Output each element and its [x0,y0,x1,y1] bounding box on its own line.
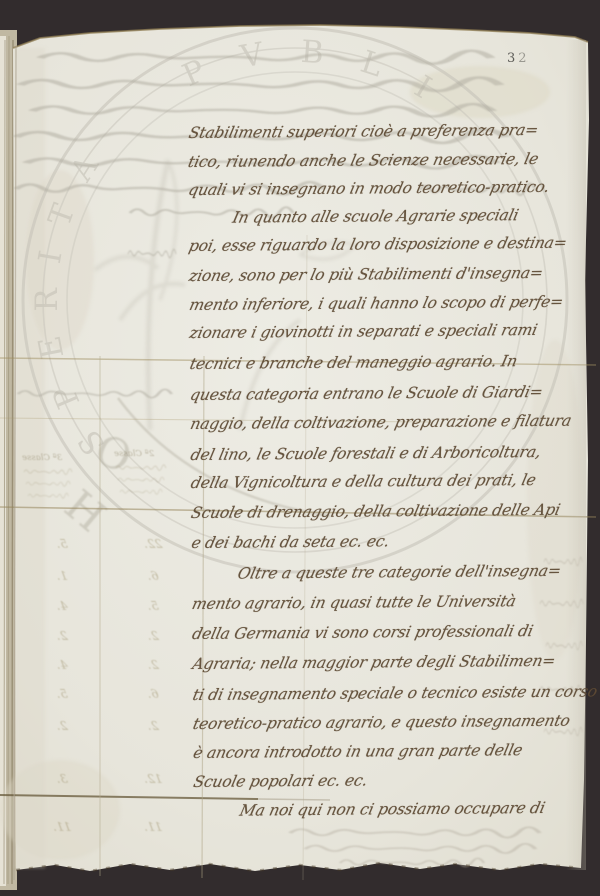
bleedthrough-number: 2. [138,719,168,733]
handwriting-line: Ma noi qui non ci possiamo occupare di [238,799,547,820]
handwriting-line: mento agrario, in quasi tutte le Univers… [190,592,518,613]
bleedthrough-number: 5. [138,599,168,613]
bleedthrough-number: 2. [47,629,77,643]
handwriting-line: è ancora introdotto in una gran parte de… [192,741,525,762]
bleedthrough-number: 4. [47,658,77,672]
bleedthrough-number: 11. [138,820,168,834]
bleedthrough-number: 6. [138,687,168,701]
handwriting-line: tico, riunendo anche le Scienze necessar… [186,150,540,171]
handwriting-line: Agraria; nella maggior parte degli Stabi… [191,652,557,673]
bleedthrough-number: 12. [138,772,168,786]
bleedthrough-number: 11. [47,820,77,834]
handwriting-line: Scuole popolari ec. ec. [192,771,370,791]
bleedthrough-number: 2. [138,658,168,672]
bleedthrough-number: 22. [138,537,168,551]
bleedthrough-number: 5. [47,687,77,701]
handwriting-line: questa categoria entrano le Scuole di Gi… [188,383,544,404]
bleedthrough-number: 2. [138,629,168,643]
bleedthrough-number: 1. [47,569,77,583]
handwriting-line: Scuole di drenaggio, della coltivazione … [189,501,561,522]
handwriting-line: Oltre a queste tre categorie dell'insegn… [236,562,563,583]
handwriting-line: della Vignicoltura e della cultura dei p… [189,471,537,492]
handwriting-line: poi, esse riguardo la loro disposizione … [187,234,568,255]
handwriting-line: ti di insegnamento speciale o tecnico es… [191,682,599,704]
handwriting-line: zione, sono per lo più Stabilimenti d'in… [187,264,544,285]
handwriting-line: tecnici e branche del maneggio agrario. … [188,352,519,373]
handwriting-line: naggio, della coltivazione, preparazione… [189,412,574,433]
bleedthrough-header: 2ª Classe [114,449,154,459]
bleedthrough-header: 3ª Classe [22,453,62,463]
handwriting-line: Stabilimenti superiori cioè a preferenza… [187,121,540,142]
handwritten-text-block: Stabilimenti superiori cioè a preferenza… [0,0,600,896]
handwriting-line: quali vi si insegnano in modo teoretico-… [187,178,552,199]
bleedthrough-number: 4. [47,599,77,613]
handwriting-line: mento inferiore, i quali hanno lo scopo … [188,293,565,314]
handwriting-line: del lino, le Scuole forestali e di Arbor… [189,443,543,464]
bleedthrough-number: 2. [47,719,77,733]
handwriting-line: teoretico-pratico agrario, e questo inse… [191,712,571,733]
handwriting-line: In quanto alle scuole Agrarie speciali [231,206,520,227]
handwriting-line: della Germania vi sono corsi professiona… [190,622,534,643]
scanned-manuscript-page: P V B L I A T I R E P S [0,0,600,896]
handwriting-line: e dei bachi da seta ec. ec. [190,532,391,552]
bleedthrough-number: 5. [47,537,77,551]
bleedthrough-number: 6. [138,569,168,583]
bleedthrough-number: 3. [47,772,77,786]
handwriting-line: zionare i giovinotti in separati e speci… [188,321,539,342]
